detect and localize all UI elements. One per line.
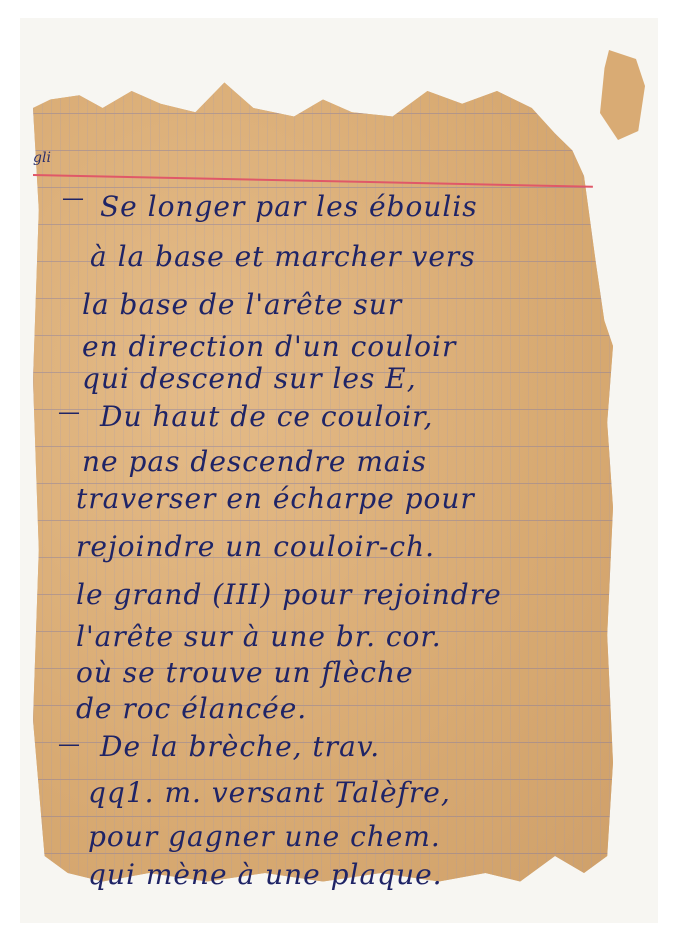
handwritten-line-5: qui descend sur les E,	[82, 362, 417, 395]
handwritten-line-14: De la brèche, trav.	[100, 730, 380, 763]
handwritten-line-10: le grand (III) pour rejoindre	[76, 578, 502, 611]
margin-annotation: gli	[33, 150, 51, 166]
handwritten-line-1: Se longer par les éboulis	[100, 190, 478, 223]
dash-bullet-3: —	[58, 732, 80, 757]
handwritten-line-2: à la base et marcher vers	[90, 240, 476, 273]
handwritten-line-8: traverser en écharpe pour	[76, 482, 475, 515]
dash-bullet-1: —	[62, 186, 84, 211]
handwritten-line-17: qui mène à une plaque.	[88, 858, 443, 891]
handwritten-line-12: où se trouve un flèche	[76, 656, 414, 689]
handwritten-line-7: ne pas descendre mais	[82, 445, 427, 478]
handwritten-line-3: la base de l'arête sur	[82, 288, 402, 321]
handwritten-line-9: rejoindre un couloir-ch.	[76, 530, 435, 563]
handwritten-line-16: pour gagner une chem.	[88, 820, 441, 853]
dash-bullet-2: —	[58, 400, 80, 425]
handwritten-line-11: l'arête sur à une br. cor.	[76, 620, 442, 653]
handwritten-line-15: qq1. m. versant Talèfre,	[88, 776, 451, 809]
handwritten-line-6: Du haut de ce couloir,	[100, 400, 433, 433]
handwritten-line-4: en direction d'un couloir	[82, 330, 456, 363]
handwritten-line-13: de roc élancée.	[76, 692, 307, 725]
